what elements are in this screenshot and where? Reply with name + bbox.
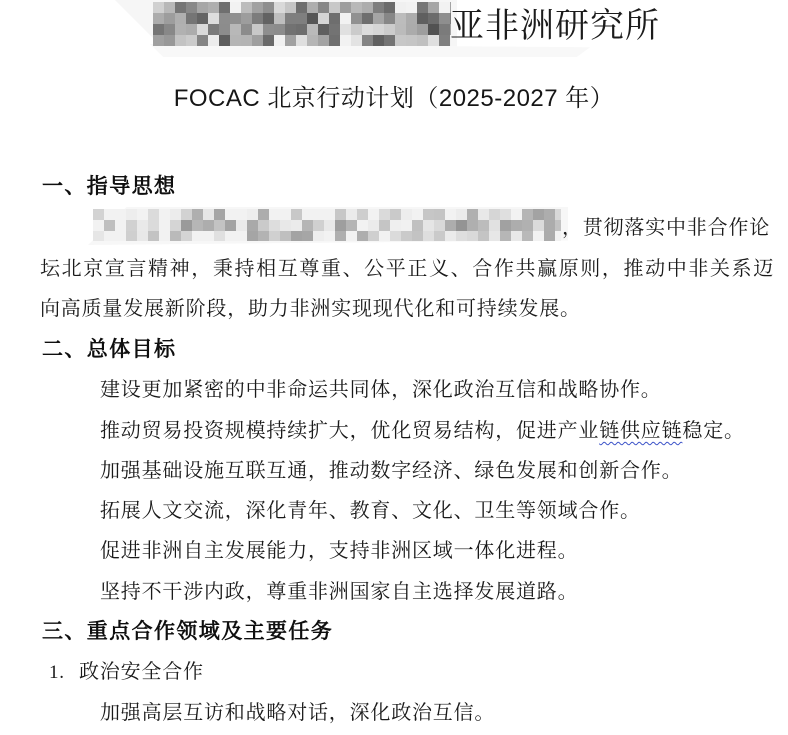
section2-item3: 加强基础设施互联互通，推动数字经济、绿色发展和创新合作。 — [100, 458, 682, 485]
section3-item1-title: 政治安全合作 — [79, 661, 204, 683]
document-title: FOCAC 北京行动计划（2025-2027 年） — [0, 84, 788, 114]
section2-item1: 建设更加紧密的中非命运共同体，深化政治互信和战略协作。 — [100, 377, 662, 404]
redacted-paragraph-blur — [93, 209, 561, 241]
section3-item1-number: 1. — [49, 659, 79, 686]
section1-line3: 向高质量发展新阶段，助力非洲实现现代化和可持续发展。 — [40, 296, 581, 323]
section2-heading: 二、总体目标 — [42, 336, 176, 363]
section2-item2: 推动贸易投资规模持续扩大，优化贸易结构，促进产业链供应链稳定。 — [100, 418, 745, 445]
section3-heading: 三、重点合作领域及主要任务 — [42, 618, 333, 645]
redacted-institute-name-blur — [153, 2, 451, 46]
letterhead-institute-name: 亚非洲研究所 — [450, 5, 660, 47]
section2-item5: 促进非洲自主发展能力，支持非洲区域一体化进程。 — [100, 538, 578, 565]
section2-item6: 坚持不干涉内政，尊重非洲国家自主选择发展道路。 — [100, 579, 578, 606]
section1-line1-after-redaction: ，贯彻落实中非合作论 — [562, 215, 770, 242]
section1-heading: 一、指导思想 — [42, 173, 176, 200]
section2-item4: 拓展人文交流，深化青年、教育、文化、卫生等领域合作。 — [100, 498, 641, 525]
spellcheck-flagged-text: 链供应链 — [599, 420, 682, 442]
section3-item1: 1.政治安全合作 — [49, 659, 204, 686]
document-page: 亚非洲研究所 FOCAC 北京行动计划（2025-2027 年） 一、指导思想 … — [0, 0, 788, 735]
section2-item2-text-after: 稳定。 — [682, 420, 744, 442]
section2-item2-text-before: 推动贸易投资规模持续扩大，优化贸易结构，促进产业 — [100, 420, 599, 442]
section1-line2: 坛北京宣言精神，秉持相互尊重、公平正义、合作共赢原则，推动中非关系迈 — [40, 256, 774, 283]
section3-item1-line1: 加强高层互访和战略对话，深化政治互信。 — [100, 700, 495, 727]
